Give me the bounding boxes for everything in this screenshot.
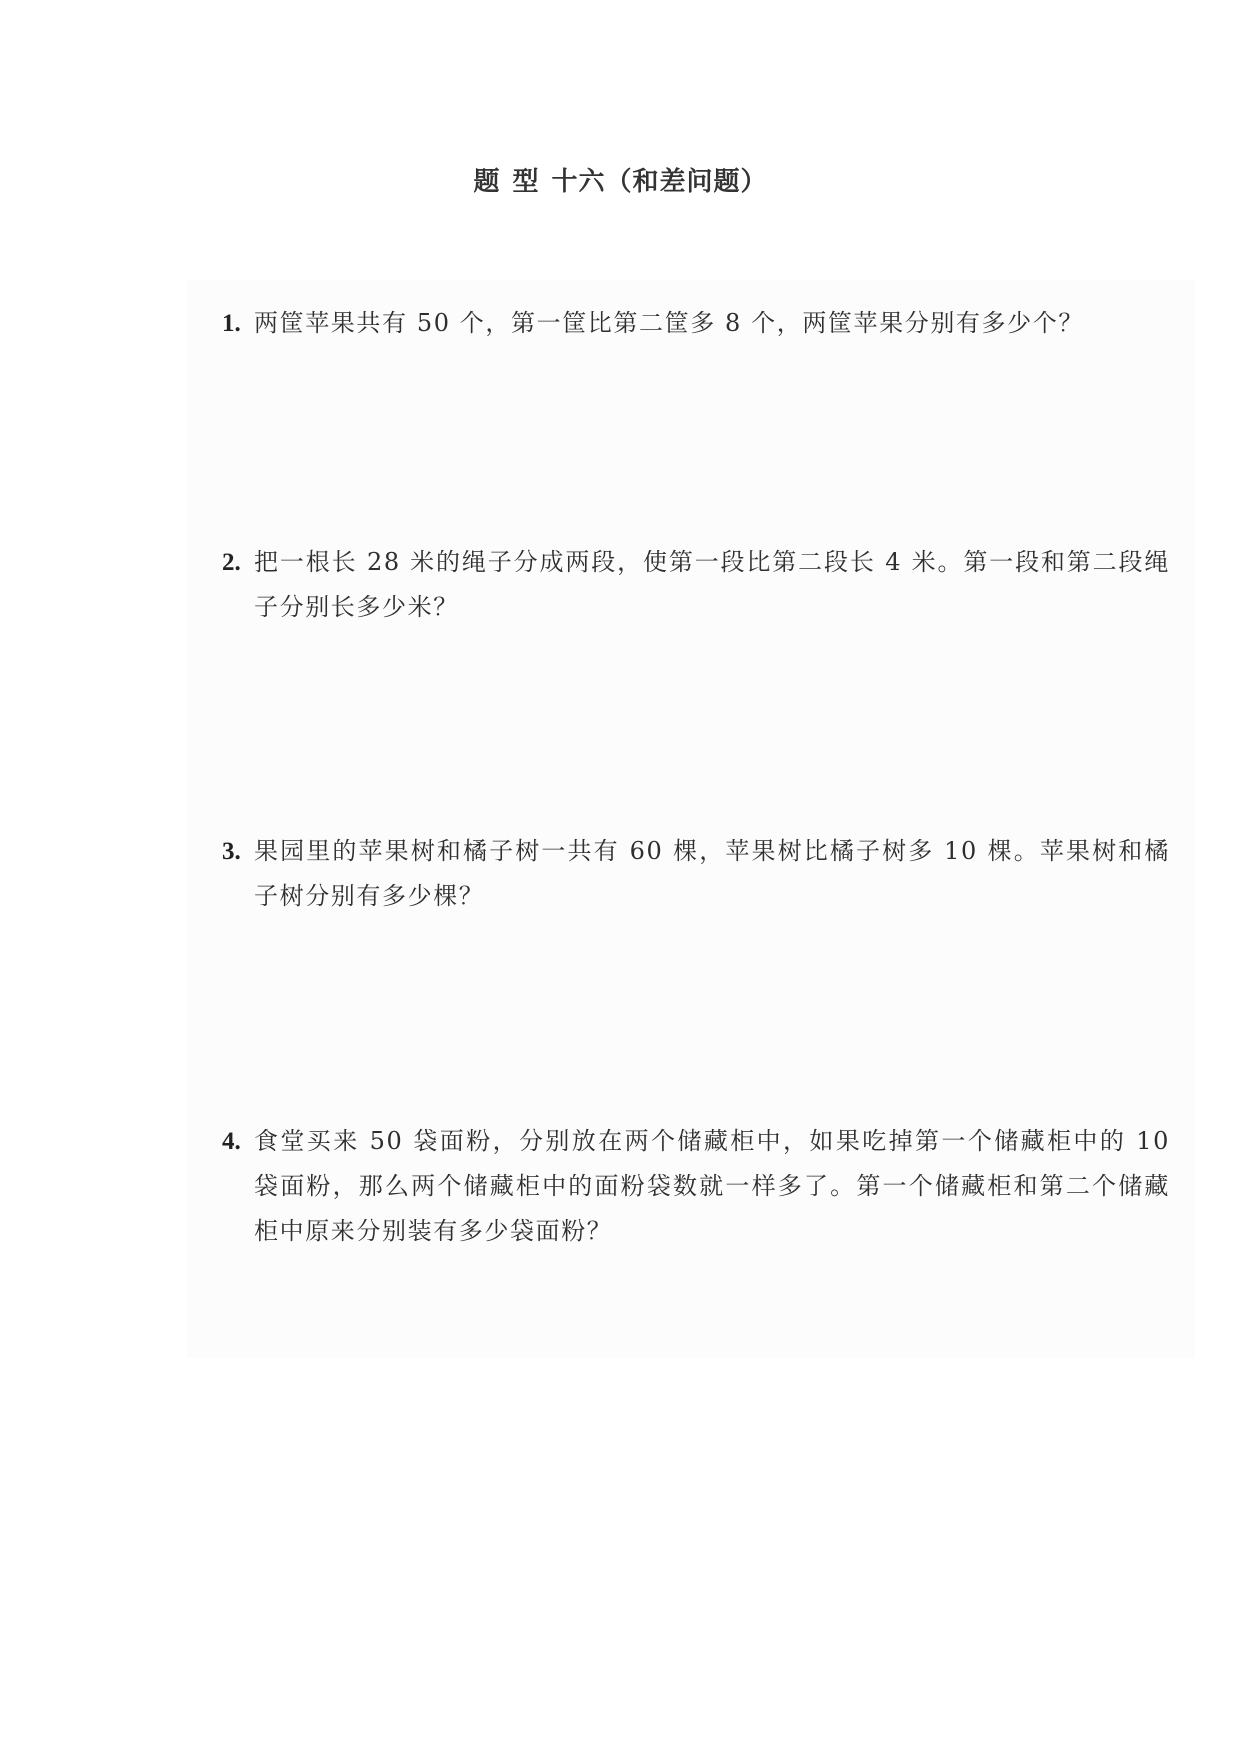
question-text: 把一根长 28 米的绳子分成两段，使第一段比第二段长 4 米。第一段和第二段绳子… bbox=[254, 540, 1170, 630]
question-text: 果园里的苹果树和橘子树一共有 60 棵，苹果树比橘子树多 10 棵。苹果树和橘子… bbox=[254, 829, 1170, 919]
question-number: 1. bbox=[222, 301, 241, 346]
question-4: 4. 食堂买来 50 袋面粉，分别放在两个储藏柜中，如果吃掉第一个储藏柜中的 1… bbox=[222, 1119, 1170, 1254]
question-text: 食堂买来 50 袋面粉，分别放在两个储藏柜中，如果吃掉第一个储藏柜中的 10 袋… bbox=[254, 1119, 1170, 1254]
question-3: 3. 果园里的苹果树和橘子树一共有 60 棵，苹果树比橘子树多 10 棵。苹果树… bbox=[222, 829, 1170, 919]
page-title-part-2: 型 bbox=[512, 167, 539, 197]
question-number: 3. bbox=[222, 829, 241, 874]
question-text: 两筐苹果共有 50 个，第一筐比第二筐多 8 个，两筐苹果分别有多少个？ bbox=[254, 301, 1170, 346]
page-title-part-3: 十六（和差问题） bbox=[552, 167, 768, 197]
page-title-part-1: 题 bbox=[473, 167, 500, 197]
question-2: 2. 把一根长 28 米的绳子分成两段，使第一段比第二段长 4 米。第一段和第二… bbox=[222, 540, 1170, 630]
question-number: 2. bbox=[222, 540, 241, 585]
question-number: 4. bbox=[222, 1119, 241, 1164]
question-1: 1. 两筐苹果共有 50 个，第一筐比第二筐多 8 个，两筐苹果分别有多少个？ bbox=[222, 301, 1170, 346]
page-title: 题型十六（和差问题） bbox=[0, 162, 1241, 202]
